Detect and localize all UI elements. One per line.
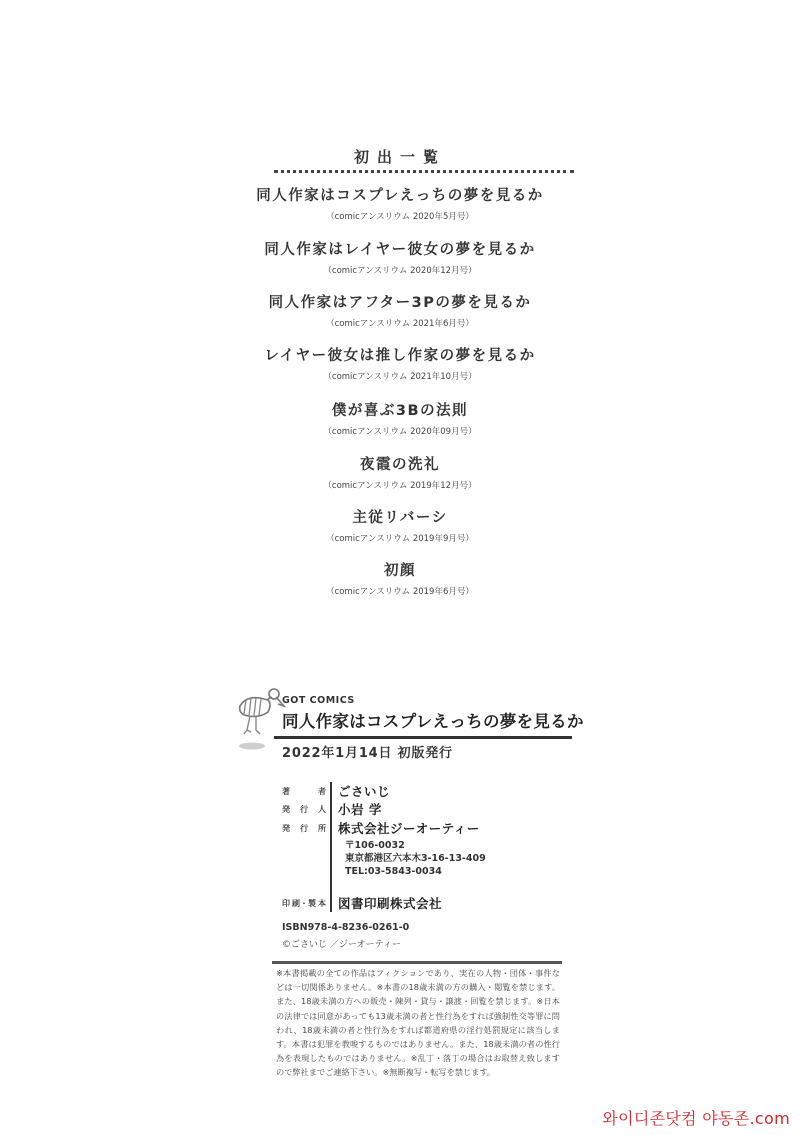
toc-entry: 同人作家はアフター3Pの夢を見るか （comicアンスリウム 2021年6月号） — [0, 293, 800, 330]
story-source: （comicアンスリウム 2019年12月号） — [0, 480, 800, 492]
story-title: 同人作家はレイヤー彼女の夢を見るか — [0, 240, 800, 260]
credit-label: 著者 — [282, 786, 326, 797]
story-title: 夜霞の洗礼 — [0, 455, 800, 475]
toc-entry: 初顔 （comicアンスリウム 2019年6月号） — [0, 561, 800, 598]
credit-value: ごさいじ — [338, 782, 390, 800]
telephone: TEL:03-5843-0034 — [345, 865, 442, 878]
toc-entry: 同人作家はコスプレえっちの夢を見るか （comicアンスリウム 2020年5月号… — [0, 186, 800, 223]
notice-divider — [272, 961, 562, 964]
postal-code: 〒106-0032 — [345, 839, 405, 852]
story-title: 同人作家はコスプレえっちの夢を見るか — [0, 186, 800, 206]
title-divider — [274, 736, 572, 739]
dotted-divider — [274, 170, 574, 173]
story-source: （comicアンスリウム 2020年09月号） — [0, 426, 800, 438]
credit-label: 印刷･製本 — [282, 898, 326, 909]
isbn: ISBN978-4-8236-0261-0 — [282, 922, 409, 933]
toc-entry: 主従リバーシ （comicアンスリウム 2019年9月号） — [0, 508, 800, 545]
story-source: （comicアンスリウム 2021年6月号） — [0, 318, 800, 330]
credit-value: 株式会社ジーオーティー — [338, 819, 480, 837]
toc-entry: 同人作家はレイヤー彼女の夢を見るか （comicアンスリウム 2020年12月号… — [0, 240, 800, 277]
credits-vertical-rule — [330, 782, 332, 912]
toc-entry: 夜霞の洗礼 （comicアンスリウム 2019年12月号） — [0, 455, 800, 492]
story-source: （comicアンスリウム 2020年5月号） — [0, 211, 800, 223]
series-name: GOT COMICS — [282, 695, 355, 706]
copyright: ©ごさいじ ／ジーオーティー — [282, 937, 401, 950]
credit-value: 図書印刷株式会社 — [338, 894, 442, 912]
toc-title: 初出一覧 — [0, 146, 800, 167]
story-title: レイヤー彼女は推し作家の夢を見るか — [0, 346, 800, 366]
story-title: 主従リバーシ — [0, 508, 800, 528]
story-source: （comicアンスリウム 2020年12月号） — [0, 265, 800, 277]
credit-label: 発行人 — [282, 804, 326, 815]
story-title: 初顔 — [0, 561, 800, 581]
publication-date: 2022年1月14日 初版発行 — [282, 742, 453, 761]
credit-value: 小岩 学 — [338, 800, 382, 818]
toc-entry: 僕が喜ぶ3Bの法則 （comicアンスリウム 2020年09月号） — [0, 401, 800, 438]
story-source: （comicアンスリウム 2019年6月号） — [0, 586, 800, 598]
credit-label: 発行所 — [282, 823, 326, 834]
story-title: 僕が喜ぶ3Bの法則 — [0, 401, 800, 421]
book-title: 同人作家はコスプレえっちの夢を見るか — [282, 708, 584, 732]
street-address: 東京都港区六本木3-16-13-409 — [345, 852, 486, 865]
story-source: （comicアンスリウム 2019年9月号） — [0, 533, 800, 545]
legal-notice: ※本書掲載の全ての作品はフィクションであり、実在の人物・団体・事件などは一切関係… — [276, 966, 560, 1080]
toc-entry: レイヤー彼女は推し作家の夢を見るか （comicアンスリウム 2021年10月号… — [0, 346, 800, 383]
story-title: 同人作家はアフター3Pの夢を見るか — [0, 293, 800, 313]
story-source: （comicアンスリウム 2021年10月号） — [0, 371, 800, 383]
watermark: 와이디존닷컴 야동존.com — [602, 1106, 790, 1129]
